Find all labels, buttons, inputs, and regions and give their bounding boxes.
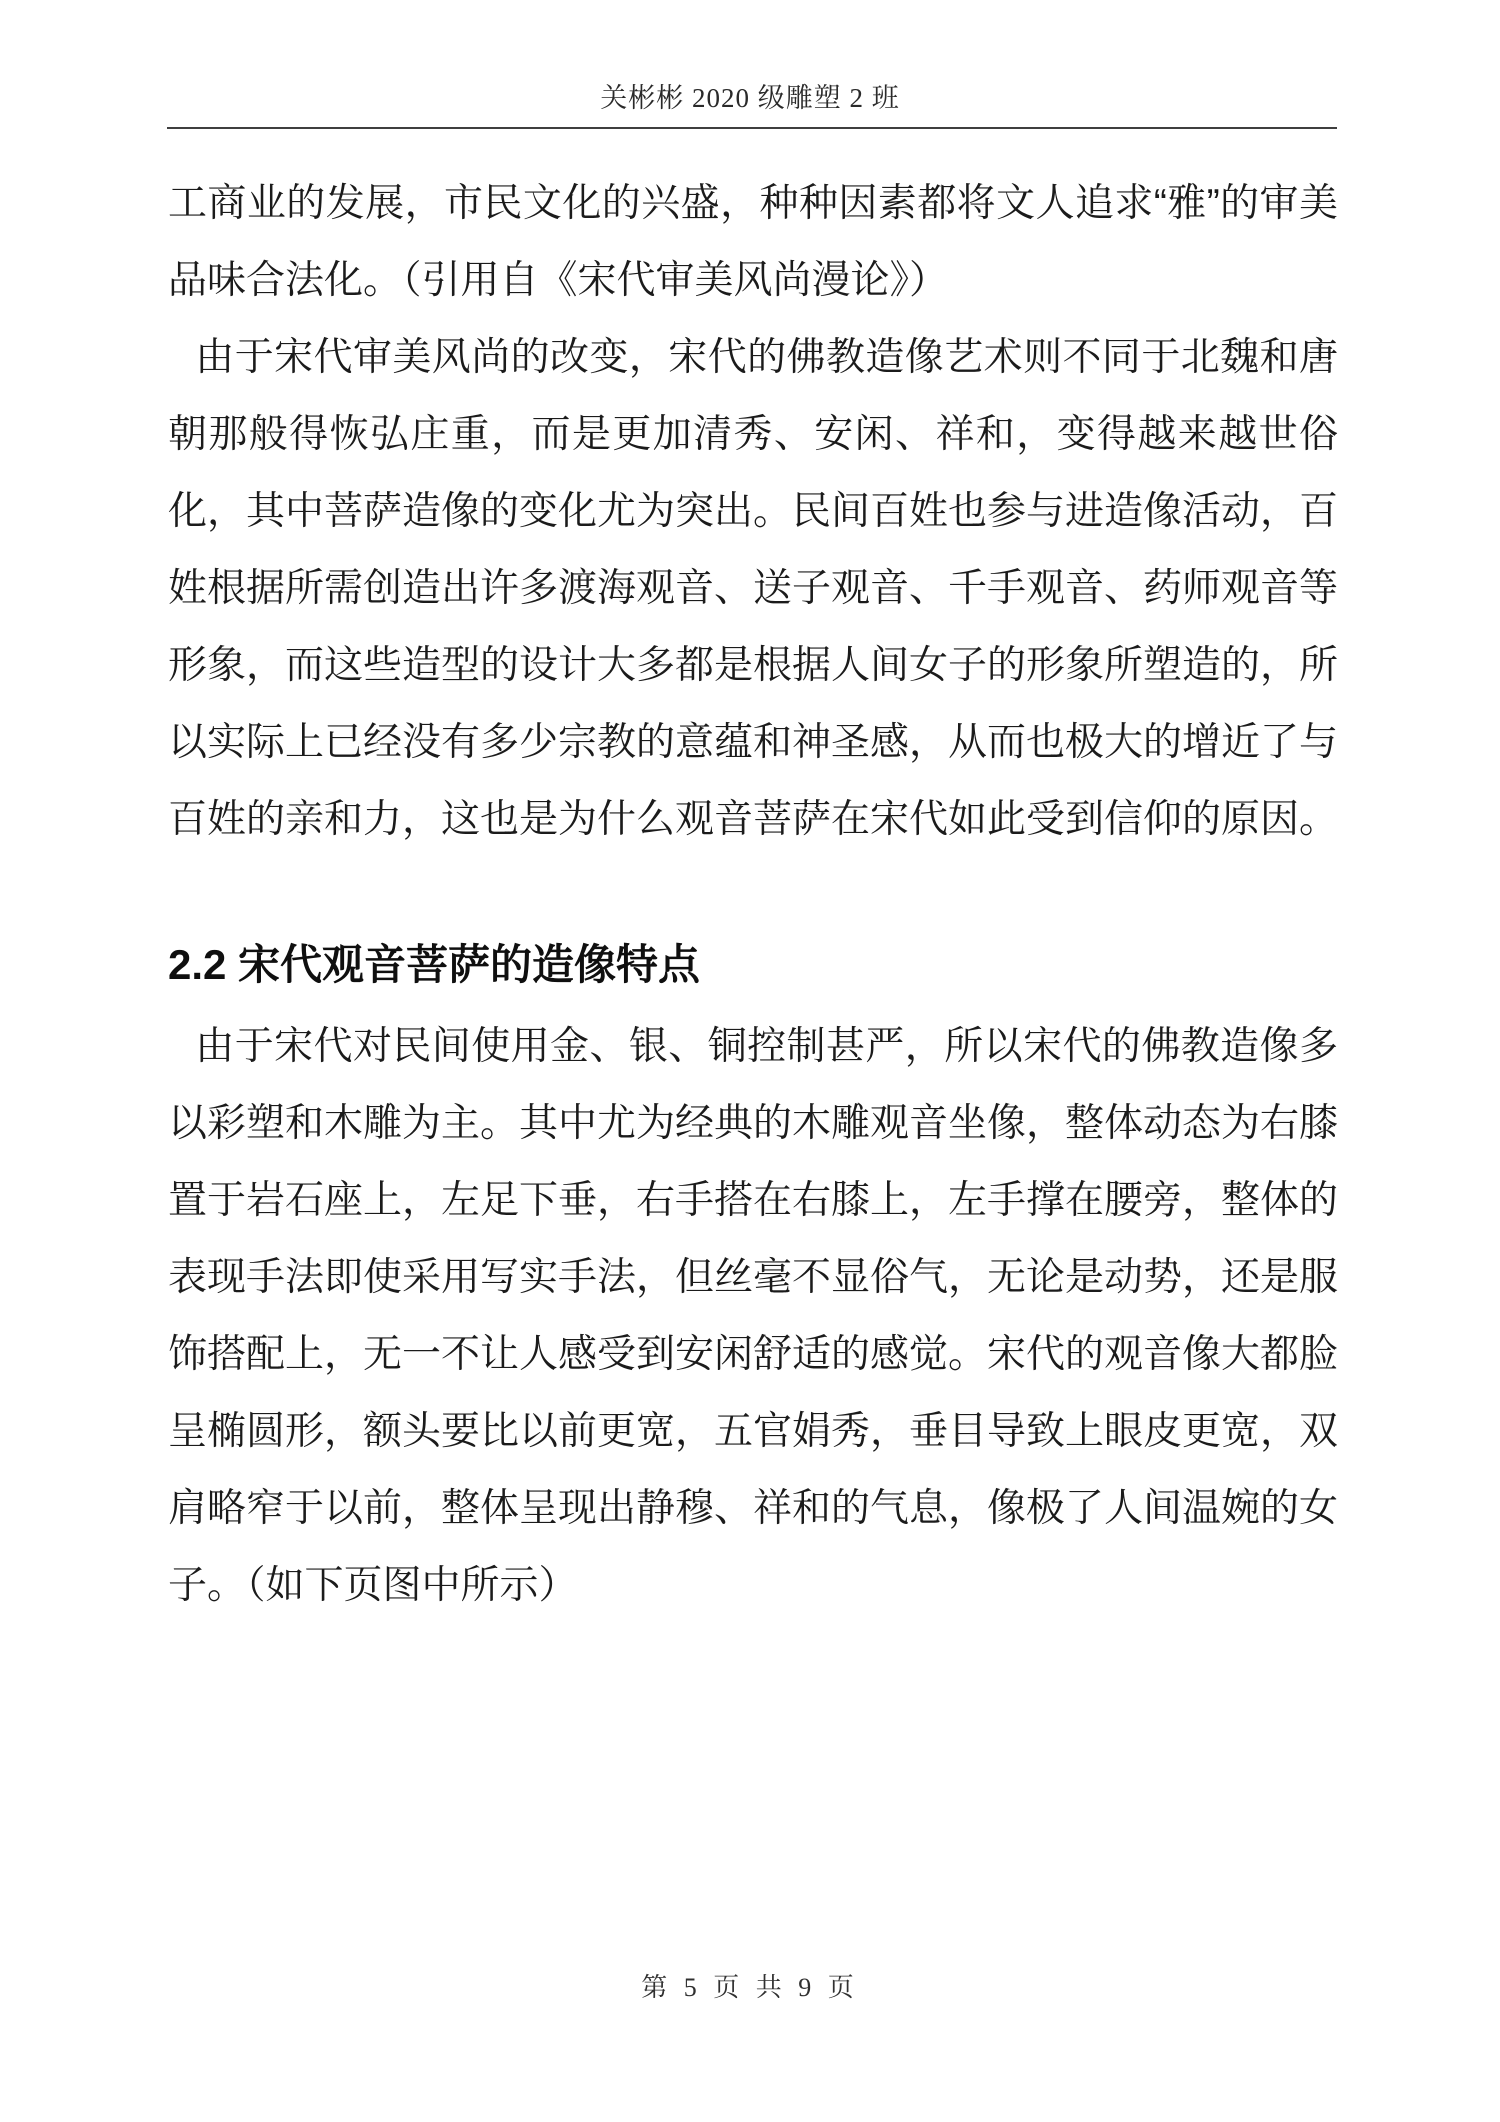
- document-page: 关彬彬 2020 级雕塑 2 班 工商业的发展，市民文化的兴盛，种种因素都将文人…: [0, 0, 1500, 2122]
- page-footer: 第 5 页 共 9 页: [0, 1967, 1500, 2004]
- paragraph-song-aesthetics: 由于宋代审美风尚的改变，宋代的佛教造像艺术则不同于北魏和唐朝那般得恢弘庄重，而是…: [168, 319, 1338, 858]
- header-text: 关彬彬 2020 级雕塑 2 班: [600, 83, 900, 113]
- page-number-label: 第 5 页 共 9 页: [641, 1973, 859, 2002]
- section-heading: 2.2 宋代观音菩萨的造像特点: [168, 938, 1338, 992]
- paragraph-guanyin-features: 由于宋代对民间使用金、银、铜控制甚严，所以宋代的佛教造像多以彩塑和木雕为主。其中…: [168, 1008, 1338, 1624]
- paragraph-continuation: 工商业的发展，市民文化的兴盛，种种因素都将文人追求“雅”的审美品味合法化。（引用…: [168, 165, 1338, 319]
- page-header: 关彬彬 2020 级雕塑 2 班: [0, 0, 1500, 115]
- header-divider: [167, 127, 1337, 129]
- document-body: 工商业的发展，市民文化的兴盛，种种因素都将文人追求“雅”的审美品味合法化。（引用…: [168, 165, 1338, 1624]
